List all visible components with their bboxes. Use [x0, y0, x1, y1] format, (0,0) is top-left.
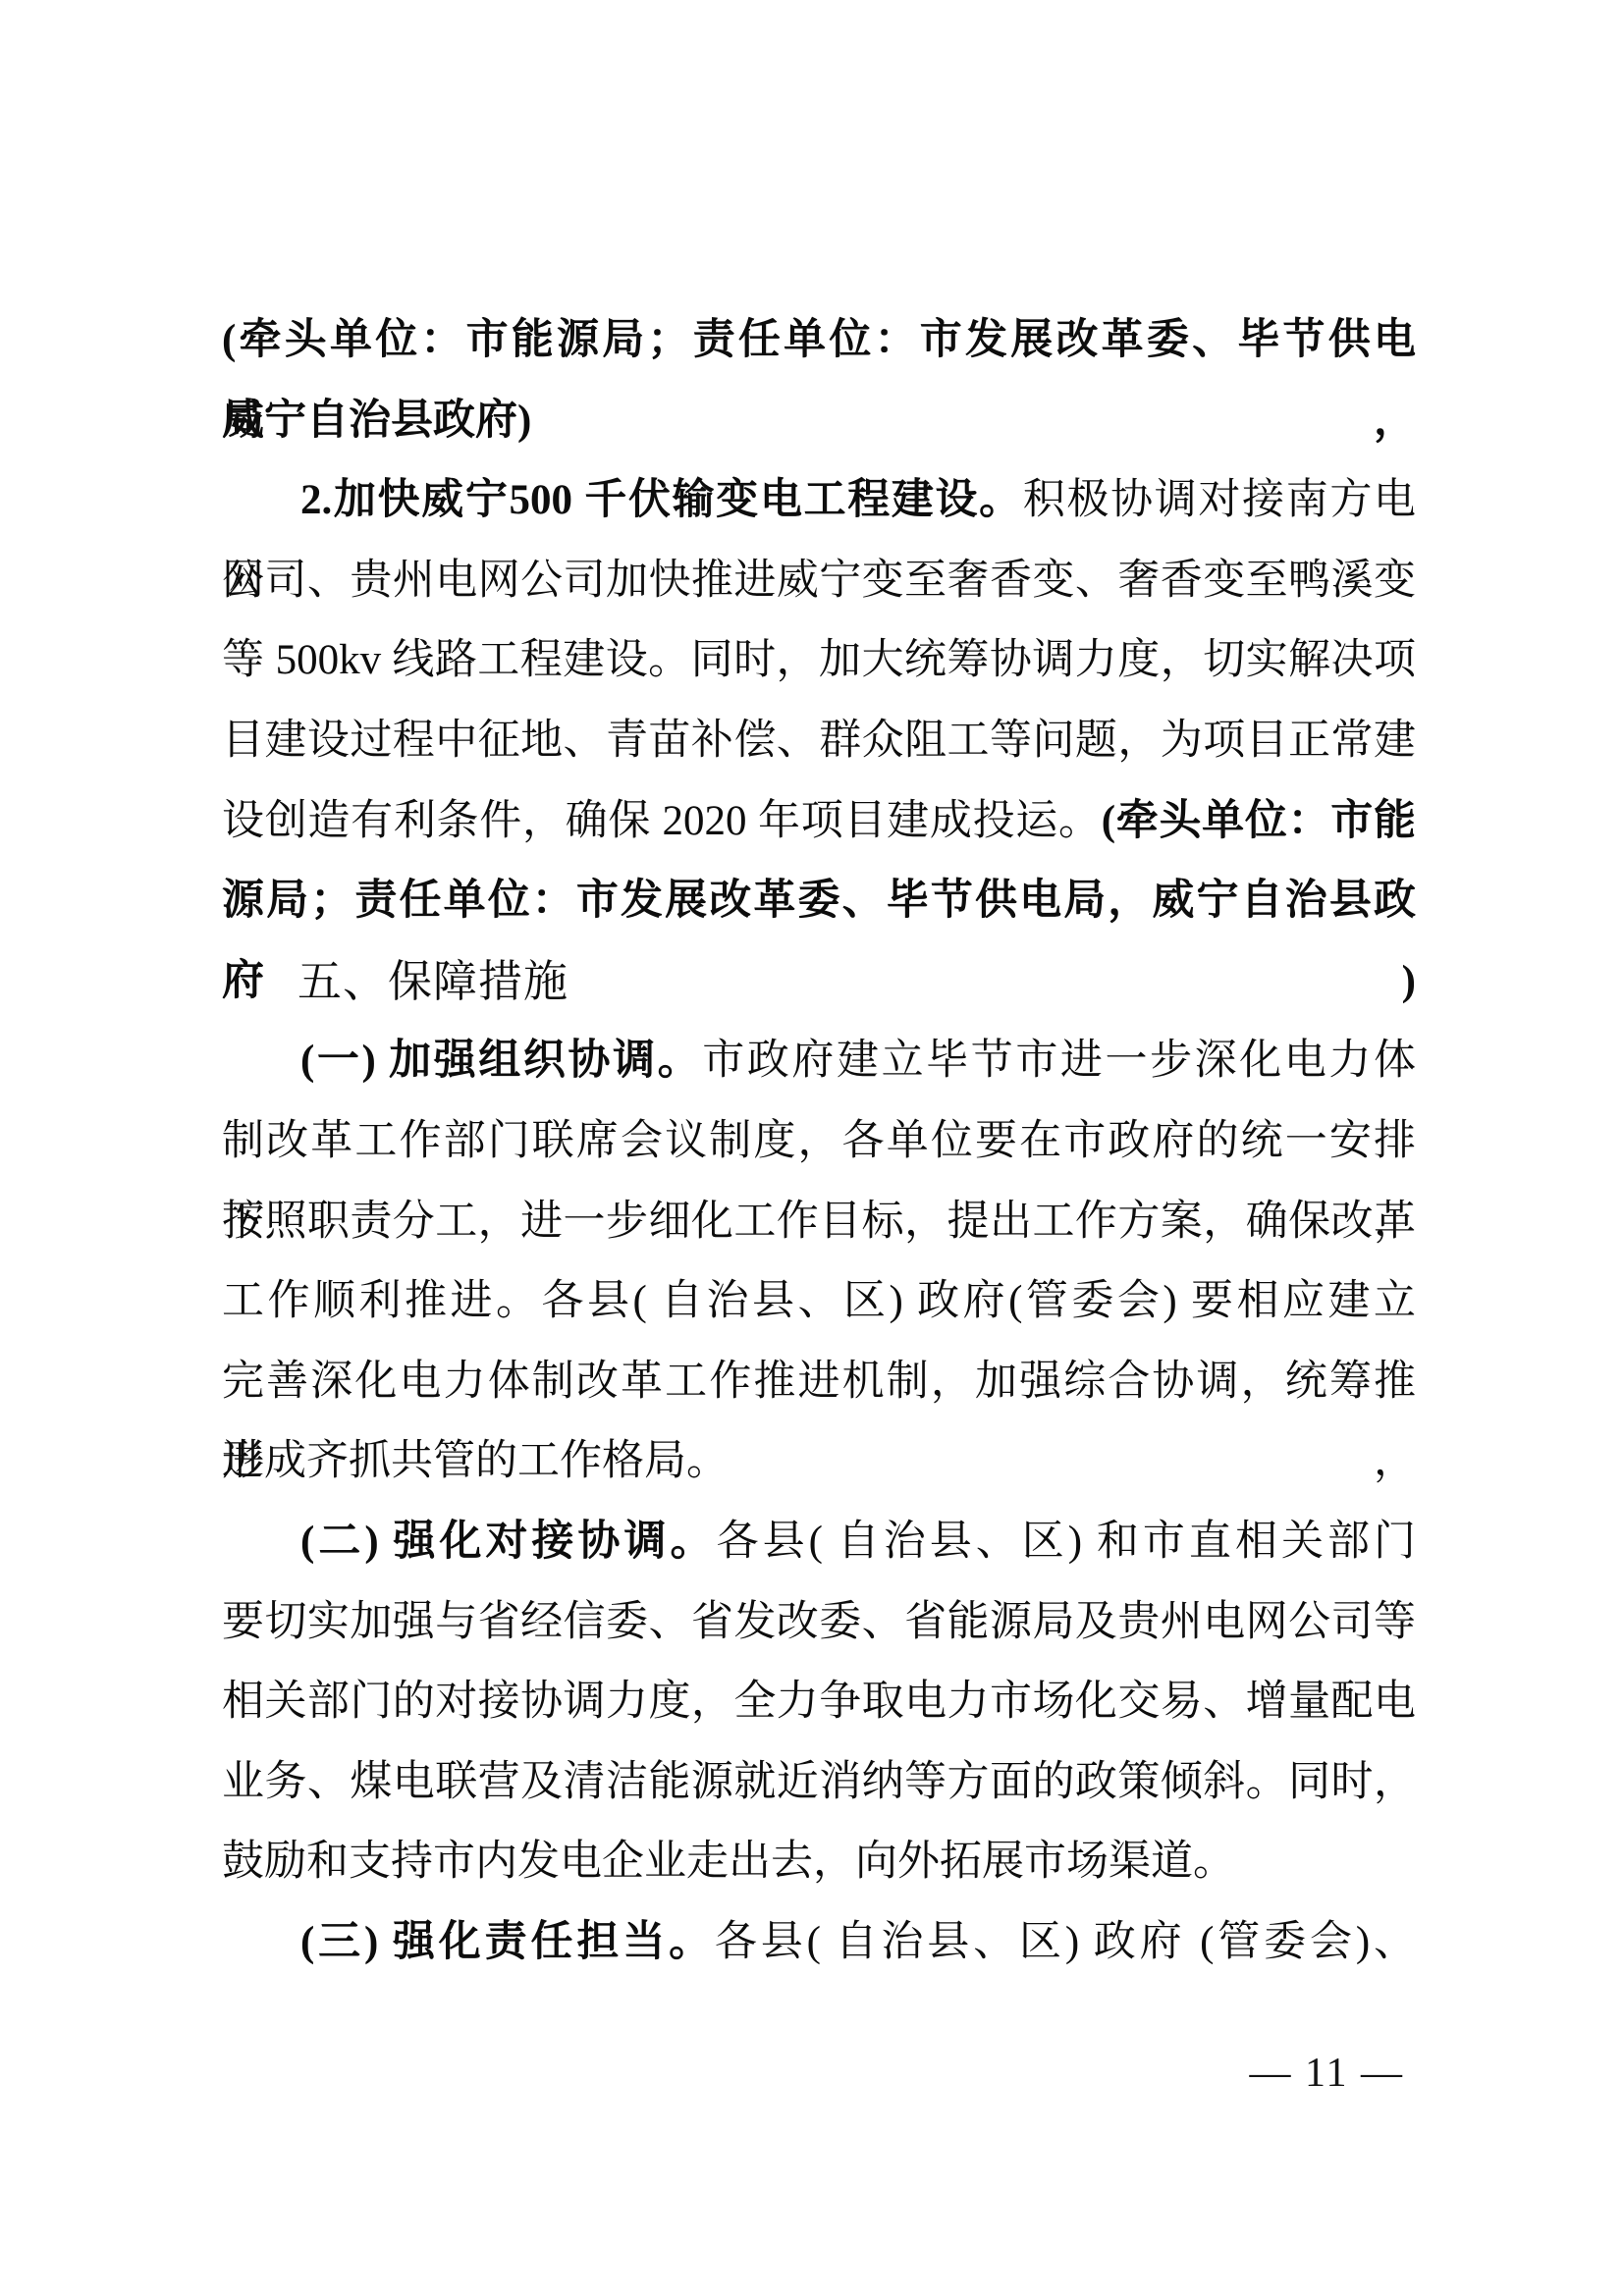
body-text: 业务、煤电联营及清洁能源就近消纳等方面的政策倾斜。同时，: [222, 1759, 1416, 1805]
text-line: 源局；责任单位：市发展改革委、毕节供电局，威宁自治县政府): [222, 861, 1416, 941]
text-line: 业务、煤电联营及清洁能源就近消纳等方面的政策倾斜。同时，: [222, 1742, 1416, 1823]
text-line: (二) 强化对接协调。各县( 自治县、区) 和市直相关部门: [222, 1502, 1416, 1582]
text-line: (牵头单位：市能源局；责任单位：市发展改革委、毕节供电局，: [222, 300, 1416, 381]
body-text: 形成齐抓共管的工作格局。: [222, 1438, 729, 1484]
text-line: 完善深化电力体制改革工作推进机制，加强综合协调，统筹推进，: [222, 1342, 1416, 1422]
page-footer: — 11 —: [1250, 2050, 1404, 2109]
text-line: 要切实加强与省经信委、省发改委、省能源局及贵州电网公司等: [222, 1582, 1416, 1663]
body-text: 鼓励和支持市内发电企业走出去，向外拓展市场渠道。: [222, 1839, 1235, 1885]
text-line: 鼓励和支持市内发电企业走出去，向外拓展市场渠道。: [222, 1822, 1416, 1902]
body-text: 工作顺利推进。各县( 自治县、区) 政府(管委会) 要相应建立: [222, 1278, 1416, 1324]
emphasis-text: (三) 强化责任担当。: [300, 1919, 715, 1965]
body-text: 相关部门的对接协调力度，全力争取电力市场化交易、增量配电: [222, 1679, 1416, 1725]
text-line: 目建设过程中征地、青苗补偿、群众阻工等问题，为项目正常建: [222, 701, 1416, 781]
text-line: (三) 强化责任担当。各县( 自治县、区) 政府 (管委会)、: [222, 1902, 1416, 1983]
body-text: 公司、贵州电网公司加快推进威宁变至奢香变、奢香变至鸭溪变: [222, 558, 1416, 604]
emphasis-text: (牵头单位：市能: [1102, 798, 1416, 844]
body-text: 设创造有利条件，确保 2020 年项目建成投运。: [222, 798, 1102, 844]
body-text: 各县( 自治县、区) 和市直相关部门: [717, 1519, 1416, 1565]
text-line: 相关部门的对接协调力度，全力争取电力市场化交易、增量配电: [222, 1662, 1416, 1742]
body-text: 五、保障措施: [298, 956, 568, 1006]
body-text: 要切实加强与省经信委、省发改委、省能源局及贵州电网公司等: [222, 1599, 1416, 1645]
text-line: 设创造有利条件，确保 2020 年项目建成投运。(牵头单位：市能: [222, 781, 1416, 862]
page-number: — 11 —: [1250, 2051, 1404, 2096]
emphasis-text: (一) 加强组织协调。: [300, 1038, 702, 1084]
text-line: 制改革工作部门联席会议制度，各单位要在市政府的统一安排下，: [222, 1101, 1416, 1182]
text-line: 等 500kv 线路工程建设。同时，加大统筹协调力度，切实解决项: [222, 620, 1416, 701]
text-line: 公司、贵州电网公司加快推进威宁变至奢香变、奢香变至鸭溪变: [222, 541, 1416, 621]
text-line: 工作顺利推进。各县( 自治县、区) 政府(管委会) 要相应建立: [222, 1261, 1416, 1342]
body-text: 等 500kv 线路工程建设。同时，加大统筹协调力度，切实解决项: [222, 637, 1416, 683]
emphasis-text: 2.加快威宁500 千伏输变电工程建设。: [300, 477, 1023, 523]
text-line: 2.加快威宁500 千伏输变电工程建设。积极协调对接南方电网: [222, 460, 1416, 541]
document-body: (牵头单位：市能源局；责任单位：市发展改革委、毕节供电局，威宁自治县政府)2.加…: [222, 300, 1416, 1982]
body-text: 按照职责分工，进一步细化工作目标，提出工作方案，确保改革: [222, 1199, 1416, 1245]
body-text: 目建设过程中征地、青苗补偿、群众阻工等问题，为项目正常建: [222, 718, 1416, 764]
body-text: 各县( 自治县、区) 政府 (管委会)、: [715, 1919, 1416, 1965]
text-line: 按照职责分工，进一步细化工作目标，提出工作方案，确保改革: [222, 1182, 1416, 1262]
document-page: (牵头单位：市能源局；责任单位：市发展改革委、毕节供电局，威宁自治县政府)2.加…: [0, 0, 1623, 2296]
emphasis-text: (二) 强化对接协调。: [300, 1519, 717, 1565]
body-text: 市政府建立毕节市进一步深化电力体: [702, 1038, 1416, 1084]
emphasis-text: 威宁自治县政府): [222, 398, 531, 444]
text-line: (一) 加强组织协调。市政府建立毕节市进一步深化电力体: [222, 1021, 1416, 1101]
